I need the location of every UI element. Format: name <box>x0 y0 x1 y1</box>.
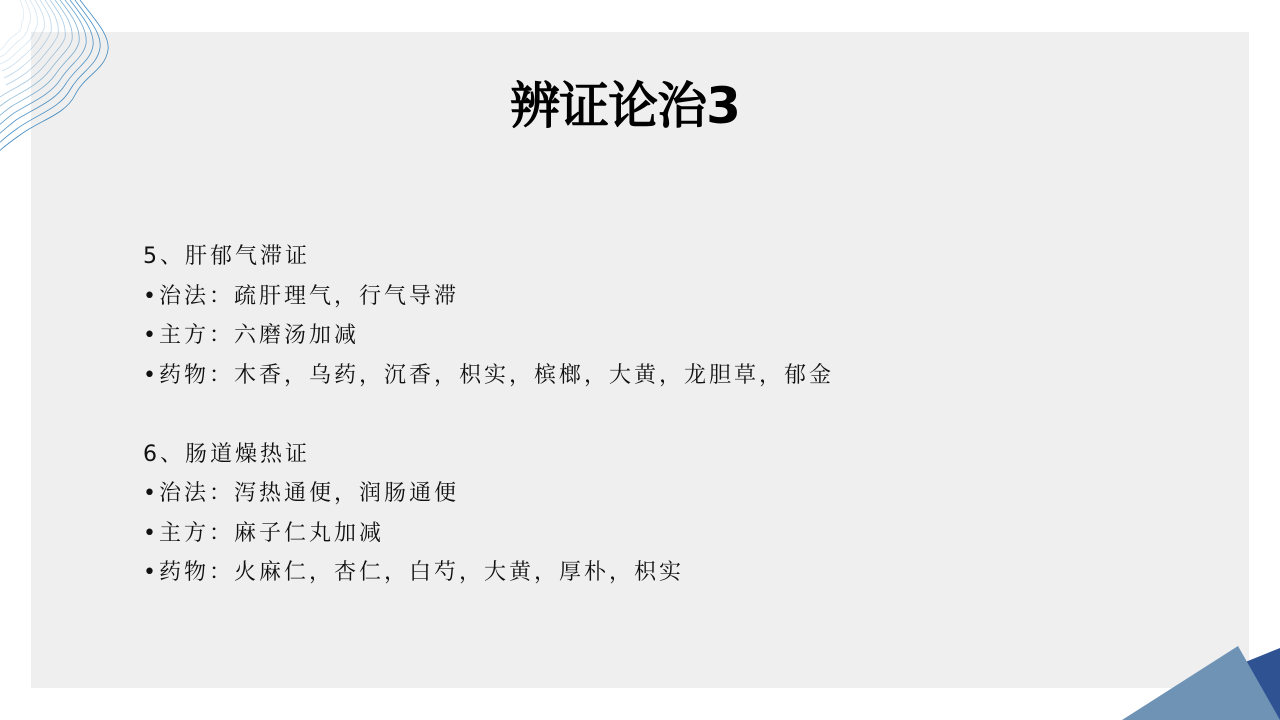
main-prescription: •主方：麻子仁丸加减 <box>143 514 834 554</box>
slide-body: 5、肝郁气滞证 •治法：疏肝理气，行气导滞 •主方：六磨汤加减 •药物：木香，乌… <box>143 237 834 593</box>
section-heading: 6、肠道燥热证 <box>143 435 834 475</box>
treatment-method: •治法：泻热通便，润肠通便 <box>143 474 834 514</box>
blue-triangles-icon <box>1100 620 1280 720</box>
section-intestinal-dry-heat: 6、肠道燥热证 •治法：泻热通便，润肠通便 •主方：麻子仁丸加减 •药物：火麻仁… <box>143 435 834 593</box>
slide-title: 辨证论治3 <box>31 66 1219 138</box>
spacer <box>143 395 834 435</box>
medicines: •药物：木香，乌药，沉香，枳实，槟榔，大黄，龙胆草，郁金 <box>143 356 834 396</box>
section-liver-qi-stagnation: 5、肝郁气滞证 •治法：疏肝理气，行气导滞 •主方：六磨汤加减 •药物：木香，乌… <box>143 237 834 395</box>
section-heading: 5、肝郁气滞证 <box>143 237 834 277</box>
treatment-method: •治法：疏肝理气，行气导滞 <box>143 277 834 317</box>
main-prescription: •主方：六磨汤加减 <box>143 316 834 356</box>
medicines: •药物：火麻仁，杏仁，白芍，大黄，厚朴，枳实 <box>143 553 834 593</box>
wave-swirl-icon <box>0 0 120 160</box>
